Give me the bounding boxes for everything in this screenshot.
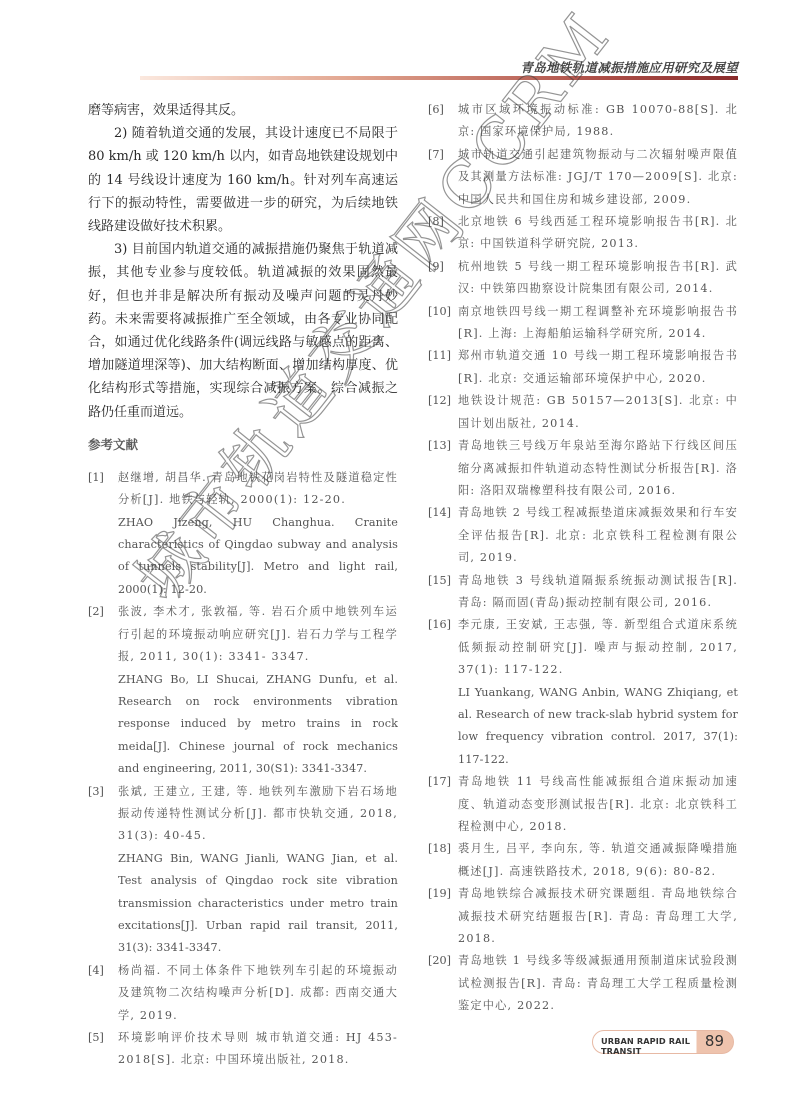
reference-number: [9] (428, 256, 444, 278)
reference-item: [1] 赵继增, 胡昌华. 青岛地铁花岗岩特性及隧道稳定性分析[J]. 地铁与轻… (88, 467, 398, 601)
reference-number: [11] (428, 345, 451, 367)
reference-zh: 城市轨道交通引起建筑物振动与二次辐射噪声限值及其测量方法标准: JGJ/T 17… (458, 148, 738, 206)
reference-item: [16] 李元康, 王安斌, 王志强, 等. 新型组合式道床系统低频振动控制研究… (428, 614, 738, 771)
footer-journal-badge: URBAN RAPID RAIL TRANSIT 89 (592, 1030, 734, 1054)
reference-zh: 杭州地铁 5 号线一期工程环境影响报告书[R]. 武汉: 中铁第四勘察设计院集团… (458, 260, 738, 295)
reference-item: [8] 北京地铁 6 号线西延工程环境影响报告书[R]. 北京: 中国铁道科学研… (428, 211, 738, 256)
reference-number: [1] (88, 467, 104, 489)
reference-number: [13] (428, 435, 451, 457)
reference-item: [6] 城市区域环境振动标准: GB 10070-88[S]. 北京: 国家环境… (428, 99, 738, 144)
reference-zh: 张波, 李术才, 张敦福, 等. 岩石介质中地铁列车运行引起的环境振动响应研究[… (118, 605, 398, 663)
reference-zh: 环境影响评价技术导则 城市轨道交通: HJ 453-2018[S]. 北京: 中… (118, 1031, 398, 1066)
reference-item: [9] 杭州地铁 5 号线一期工程环境影响报告书[R]. 武汉: 中铁第四勘察设… (428, 256, 738, 301)
reference-zh: 地铁设计规范: GB 50157—2013[S]. 北京: 中国计划出版社, 2… (458, 394, 738, 429)
reference-number: [10] (428, 301, 451, 323)
body-paragraph: 3) 目前国内轨道交通的减振措施仍聚焦于轨道减振，其他专业参与度较低。轨道减振的… (88, 238, 398, 424)
reference-zh: 杨尚福. 不同土体条件下地铁列车引起的环境振动及建筑物二次结构噪声分析[D]. … (118, 964, 398, 1022)
reference-number: [15] (428, 570, 451, 592)
reference-item: [11] 郑州市轨道交通 10 号线一期工程环境影响报告书[R]. 北京: 交通… (428, 345, 738, 390)
reference-zh: 张斌, 王建立, 王建, 等. 地铁列车激励下岩石场地振动传递特性测试分析[J]… (118, 785, 398, 843)
running-header-title: 青岛地铁轨道减振措施应用研究及展望 (520, 58, 738, 76)
reference-number: [18] (428, 838, 451, 860)
reference-item: [17] 青岛地铁 11 号线高性能减振组合道床振动加速度、轨道动态变形测试报告… (428, 771, 738, 838)
reference-number: [12] (428, 390, 451, 412)
reference-item: [10] 南京地铁四号线一期工程调整补充环境影响报告书[R]. 上海: 上海船舶… (428, 301, 738, 346)
reference-en: ZHANG Bo, LI Shucai, ZHANG Dunfu, et al.… (118, 669, 398, 781)
reference-item: [2] 张波, 李术才, 张敦福, 等. 岩石介质中地铁列车运行引起的环境振动响… (88, 601, 398, 780)
reference-item: [3] 张斌, 王建立, 王建, 等. 地铁列车激励下岩石场地振动传递特性测试分… (88, 781, 398, 960)
reference-number: [6] (428, 99, 444, 121)
reference-number: [3] (88, 781, 104, 803)
reference-item: [19] 青岛地铁综合减振技术研究课题组. 青岛地铁综合减振技术研究结题报告[R… (428, 883, 738, 950)
page-number: 89 (705, 1032, 724, 1050)
reference-item: [14] 青岛地铁 2 号线工程减振垫道床减振效果和行车安全评估报告[R]. 北… (428, 502, 738, 569)
right-column: [6] 城市区域环境振动标准: GB 10070-88[S]. 北京: 国家环境… (428, 99, 738, 1048)
body-paragraph: 2) 随着轨道交通的发展，其设计速度已不局限于 80 km/h 或 120 km… (88, 122, 398, 238)
reference-zh: 郑州市轨道交通 10 号线一期工程环境影响报告书[R]. 北京: 交通运输部环境… (458, 349, 738, 384)
reference-zh: 青岛地铁 11 号线高性能减振组合道床振动加速度、轨道动态变形测试报告[R]. … (458, 775, 738, 833)
reference-zh: 青岛地铁 2 号线工程减振垫道床减振效果和行车安全评估报告[R]. 北京: 北京… (458, 506, 738, 564)
reference-item: [7] 城市轨道交通引起建筑物振动与二次辐射噪声限值及其测量方法标准: JGJ/… (428, 144, 738, 211)
reference-number: [8] (428, 211, 444, 233)
reference-zh: 青岛地铁三号线万年泉站至海尔路站下行线区间压缩分离减振扣件轨道动态特性测试分析报… (458, 439, 738, 497)
reference-item: [15] 青岛地铁 3 号线轨道隔振系统振动测试报告[R]. 青岛: 隔而固(青… (428, 570, 738, 615)
reference-number: [17] (428, 771, 451, 793)
reference-en: ZHANG Bin, WANG Jianli, WANG Jian, et al… (118, 848, 398, 960)
reference-item: [5] 环境影响评价技术导则 城市轨道交通: HJ 453-2018[S]. 北… (88, 1027, 398, 1072)
reference-en: LI Yuankang, WANG Anbin, WANG Zhiqiang, … (458, 682, 738, 772)
reference-number: [5] (88, 1027, 104, 1049)
reference-item: [18] 裘月生, 吕平, 李向东, 等. 轨道交通减振降噪措施概述[J]. 高… (428, 838, 738, 883)
reference-item: [20] 青岛地铁 1 号线多等级减振通用预制道床试验段测试检测报告[R]. 青… (428, 950, 738, 1017)
reference-zh: 李元康, 王安斌, 王志强, 等. 新型组合式道床系统低频振动控制研究[J]. … (458, 618, 738, 676)
reference-number: [20] (428, 950, 451, 972)
reference-zh: 南京地铁四号线一期工程调整补充环境影响报告书[R]. 上海: 上海船舶运输科学研… (458, 305, 738, 340)
reference-item: [12] 地铁设计规范: GB 50157—2013[S]. 北京: 中国计划出… (428, 390, 738, 435)
reference-zh: 城市区域环境振动标准: GB 10070-88[S]. 北京: 国家环境保护局,… (458, 103, 738, 138)
references-heading: 参考文献 (88, 435, 398, 453)
reference-zh: 青岛地铁综合减振技术研究课题组. 青岛地铁综合减振技术研究结题报告[R]. 青岛… (458, 887, 738, 945)
reference-number: [16] (428, 614, 451, 636)
reference-zh: 青岛地铁 1 号线多等级减振通用预制道床试验段测试检测报告[R]. 青岛: 青岛… (458, 954, 738, 1012)
header-accent-bar (140, 76, 738, 80)
reference-zh: 赵继增, 胡昌华. 青岛地铁花岗岩特性及隧道稳定性分析[J]. 地铁与轻轨, 2… (118, 471, 398, 506)
left-column: 磨等病害，效果适得其反。 2) 随着轨道交通的发展，其设计速度已不局限于 80 … (88, 99, 398, 1072)
reference-zh: 青岛地铁 3 号线轨道隔振系统振动测试报告[R]. 青岛: 隔而固(青岛)振动控… (458, 574, 738, 609)
reference-number: [14] (428, 502, 451, 524)
reference-item: [4] 杨尚福. 不同土体条件下地铁列车引起的环境振动及建筑物二次结构噪声分析[… (88, 960, 398, 1027)
reference-zh: 裘月生, 吕平, 李向东, 等. 轨道交通减振降噪措施概述[J]. 高速铁路技术… (458, 842, 738, 877)
reference-number: [7] (428, 144, 444, 166)
reference-number: [19] (428, 883, 451, 905)
reference-zh: 北京地铁 6 号线西延工程环境影响报告书[R]. 北京: 中国铁道科学研究院, … (458, 215, 738, 250)
body-paragraph: 磨等病害，效果适得其反。 (88, 99, 398, 122)
reference-number: [4] (88, 960, 104, 982)
reference-item: [13] 青岛地铁三号线万年泉站至海尔路站下行线区间压缩分离减振扣件轨道动态特性… (428, 435, 738, 502)
reference-en: ZHAO Jizeng, HU Changhua. Cranite charac… (118, 512, 398, 602)
reference-number: [2] (88, 601, 104, 623)
